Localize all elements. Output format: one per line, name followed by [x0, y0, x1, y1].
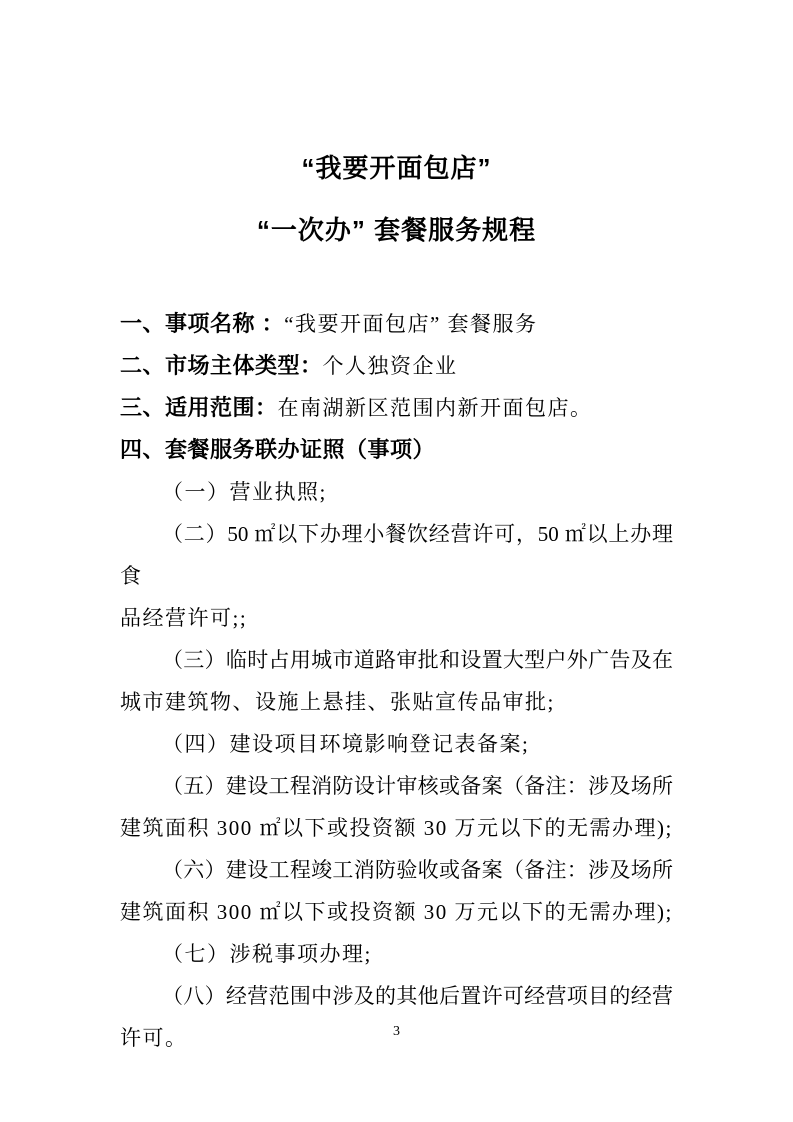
list-item: （四）建设项目环境影响登记表备案;	[120, 723, 673, 765]
item-line: （七）涉税事项办理;	[120, 933, 673, 975]
item-line: （二）50 ㎡以下办理小餐饮经营许可，50 ㎡以上办理食	[120, 513, 673, 597]
heading-4: 四、套餐服务联办证照（事项）	[120, 429, 673, 471]
list-item: （二）50 ㎡以下办理小餐饮经营许可，50 ㎡以上办理食品经营许可;;	[120, 513, 673, 639]
heading-3: 三、适用范围：在南湖新区范围内新开面包店。	[120, 387, 673, 429]
item-line: 城市建筑物、设施上悬挂、张贴宣传品审批;	[120, 681, 673, 723]
heading-label: 三、适用范围：	[120, 395, 278, 420]
heading-value: 个人独资企业	[323, 354, 458, 378]
item-line: （八）经营范围中涉及的其他后置许可经营项目的经营	[120, 975, 673, 1017]
item-line: （六）建设工程竣工消防验收或备案（备注：涉及场所	[120, 849, 673, 891]
list-item: （六）建设工程竣工消防验收或备案（备注：涉及场所建筑面积 300 ㎡以下或投资额…	[120, 849, 673, 933]
item-line: 建筑面积 300 ㎡以下或投资额 30 万元以下的无需办理);	[120, 891, 673, 933]
item-line: 建筑面积 300 ㎡以下或投资额 30 万元以下的无需办理);	[120, 807, 673, 849]
item-line: （四）建设项目环境影响登记表备案;	[120, 723, 673, 765]
heading-label: 四、套餐服务联办证照（事项）	[120, 437, 435, 462]
document-page: “我要开面包店” “一次办” 套餐服务规程 一、事项名称 ：“我要开面包店” 套…	[0, 0, 793, 1122]
item-line: （一）营业执照;	[120, 471, 673, 513]
list-item: （三）临时占用城市道路审批和设置大型户外广告及在城市建筑物、设施上悬挂、张贴宣传…	[120, 639, 673, 723]
heading-value: 在南湖新区范围内新开面包店。	[278, 396, 593, 420]
heading-label: 二、市场主体类型：	[120, 353, 323, 378]
list-item: （八）经营范围中涉及的其他后置许可经营项目的经营许可。	[120, 975, 673, 1059]
item-line: 品经营许可;;	[120, 597, 673, 639]
list-item: （七）涉税事项办理;	[120, 933, 673, 975]
heading-2: 二、市场主体类型：个人独资企业	[120, 345, 673, 387]
items: （一）营业执照;（二）50 ㎡以下办理小餐饮经营许可，50 ㎡以上办理食品经营许…	[120, 471, 673, 1059]
list-item: （五）建设工程消防设计审核或备案（备注：涉及场所建筑面积 300 ㎡以下或投资额…	[120, 765, 673, 849]
doc-title-line1: “我要开面包店”	[120, 0, 673, 186]
heading-value: “我要开面包店” 套餐服务	[284, 312, 537, 336]
headings: 一、事项名称 ：“我要开面包店” 套餐服务二、市场主体类型：个人独资企业三、适用…	[120, 303, 673, 471]
page-number: 3	[0, 1022, 793, 1042]
item-line: （三）临时占用城市道路审批和设置大型户外广告及在	[120, 639, 673, 681]
heading-1: 一、事项名称 ：“我要开面包店” 套餐服务	[120, 303, 673, 345]
doc-title-line2: “一次办” 套餐服务规程	[120, 212, 673, 248]
item-line: （五）建设工程消防设计审核或备案（备注：涉及场所	[120, 765, 673, 807]
heading-label: 一、事项名称 ：	[120, 311, 284, 336]
list-item: （一）营业执照;	[120, 471, 673, 513]
